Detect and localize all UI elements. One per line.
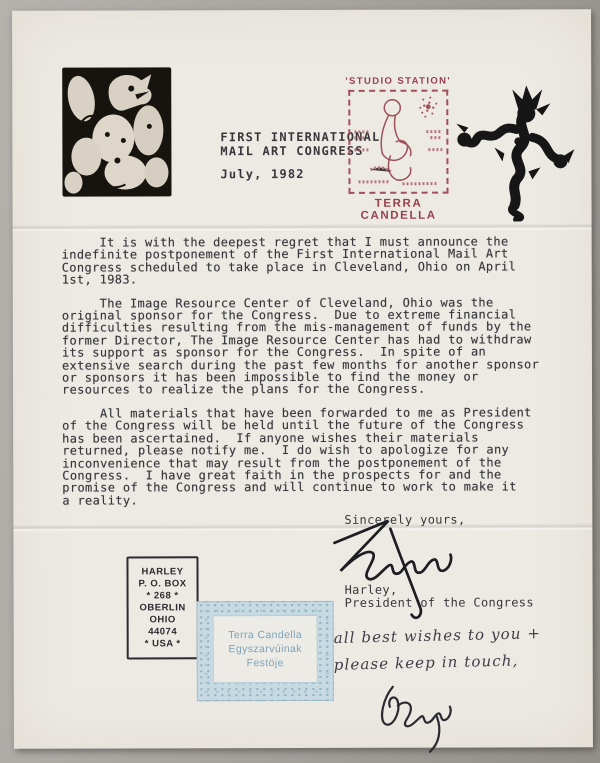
handwritten-note-line1: all best wishes to you +: [333, 624, 541, 647]
woodcut-print-icon: [59, 64, 174, 205]
handwritten-note-line2: please keep in touch,: [334, 652, 519, 674]
return-address-text: HARLEY P. O. BOX * 268 * OBERLIN OHIO 44…: [138, 566, 186, 650]
creature-stamp-icon: [444, 83, 576, 226]
harley-signature-icon: [318, 515, 473, 635]
terra-candella-blue-stamp-text: Terra Candella Egyszarvúinak Festöje: [228, 628, 302, 670]
terra-candella-blue-stamp: Terra Candella Egyszarvúinak Festöje: [197, 601, 334, 701]
harley-signature-small-icon: [359, 673, 464, 763]
return-address-stamp: HARLEY P. O. BOX * 268 * OBERLIN OHIO 44…: [126, 556, 198, 659]
scanned-letter: FIRST INTERNATIONAL MAIL ART CONGRESS Ju…: [0, 0, 600, 763]
body-paragraph-1: It is with the deepest regret that I mus…: [62, 235, 554, 286]
letter-date: July, 1982: [220, 167, 304, 181]
seated-figure-icon: [350, 92, 446, 192]
letter-body: It is with the deepest regret that I mus…: [62, 235, 555, 517]
studio-station-stamp-title: 'STUDIO STATION': [336, 76, 460, 87]
body-paragraph-3: All materials that have been forwarded t…: [62, 406, 554, 507]
letter-paper: FIRST INTERNATIONAL MAIL ART CONGRESS Ju…: [12, 9, 593, 749]
terra-candella-blue-stamp-inner: Terra Candella Egyszarvúinak Festöje: [213, 615, 318, 683]
signer-block: Harley, President of the Congress: [345, 583, 534, 609]
studio-station-stamp: 'STUDIO STATION': [336, 76, 460, 228]
studio-station-stamp-frame: [348, 90, 448, 194]
studio-station-stamp-caption: TERRA CANDELLA: [337, 198, 461, 222]
fold-crease-bottom: [13, 523, 592, 532]
body-paragraph-2: The Image Resource Center of Cleveland, …: [62, 296, 554, 397]
